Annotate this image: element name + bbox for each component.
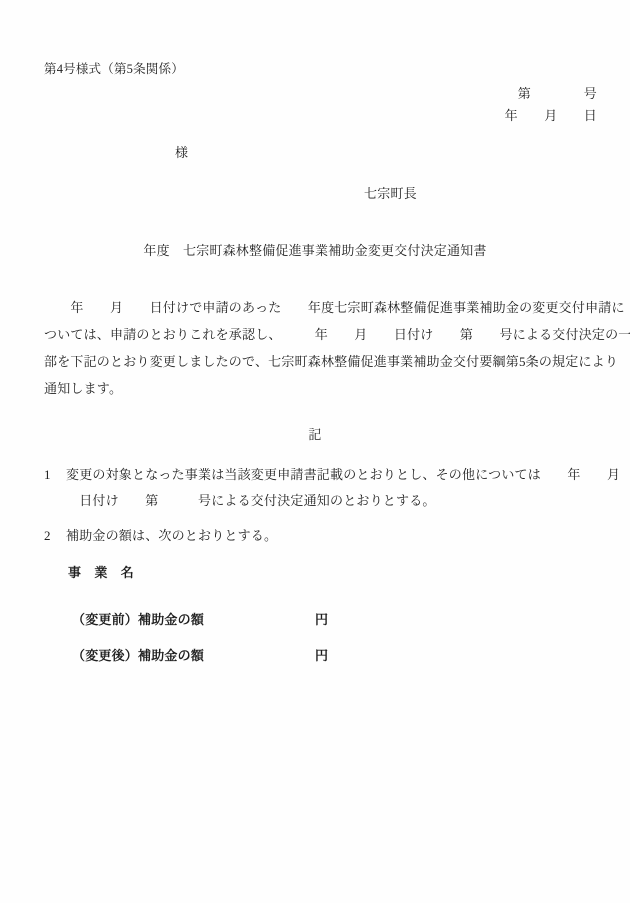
item-text-line: 変更の対象となった事業は当該変更申請書記載のとおりとし、その他については 年 月 — [66, 466, 620, 483]
amount-after-change-unit: 円 — [315, 647, 328, 664]
item-number: 2 — [44, 527, 51, 544]
amount-before-change-unit: 円 — [315, 611, 328, 628]
item-number: 1 — [44, 466, 51, 483]
document-number-blank: 第 号 — [518, 85, 597, 102]
project-name-label: 事 業 名 — [68, 564, 134, 581]
body-paragraph-line: ついては、申請のとおりこれを承認し、 年 月 日付け 第 号による交付決定の一 — [44, 326, 630, 343]
item-text-line: 補助金の額は、次のとおりとする。 — [66, 527, 277, 544]
section-marker: 記 — [0, 426, 630, 443]
form-number: 第4号様式（第5条関係） — [44, 61, 184, 78]
date-blank: 年 月 日 — [505, 107, 597, 124]
amount-before-change-label: （変更前）補助金の額 — [72, 611, 204, 628]
item-text-line: 日付け 第 号による交付決定通知のとおりとする。 — [66, 492, 436, 509]
sender-name: 七宗町長 — [364, 185, 417, 202]
body-paragraph-line: 通知します。 — [44, 380, 122, 397]
body-paragraph-line: 年 月 日付けで申請のあった 年度七宗町森林整備促進事業補助金の変更交付申請に — [44, 299, 625, 316]
document-title: 年度 七宗町森林整備促進事業補助金変更交付決定通知書 — [0, 242, 630, 259]
body-paragraph-line: 部を下記のとおり変更しましたので、七宗町森林整備促進事業補助金交付要綱第5条の規… — [44, 353, 618, 370]
amount-after-change-label: （変更後）補助金の額 — [72, 647, 204, 664]
document-page: 第4号様式（第5条関係） 第 号 年 月 日 様 七宗町長 年度 七宗町森林整備… — [0, 0, 630, 903]
recipient-suffix: 様 — [175, 144, 188, 161]
